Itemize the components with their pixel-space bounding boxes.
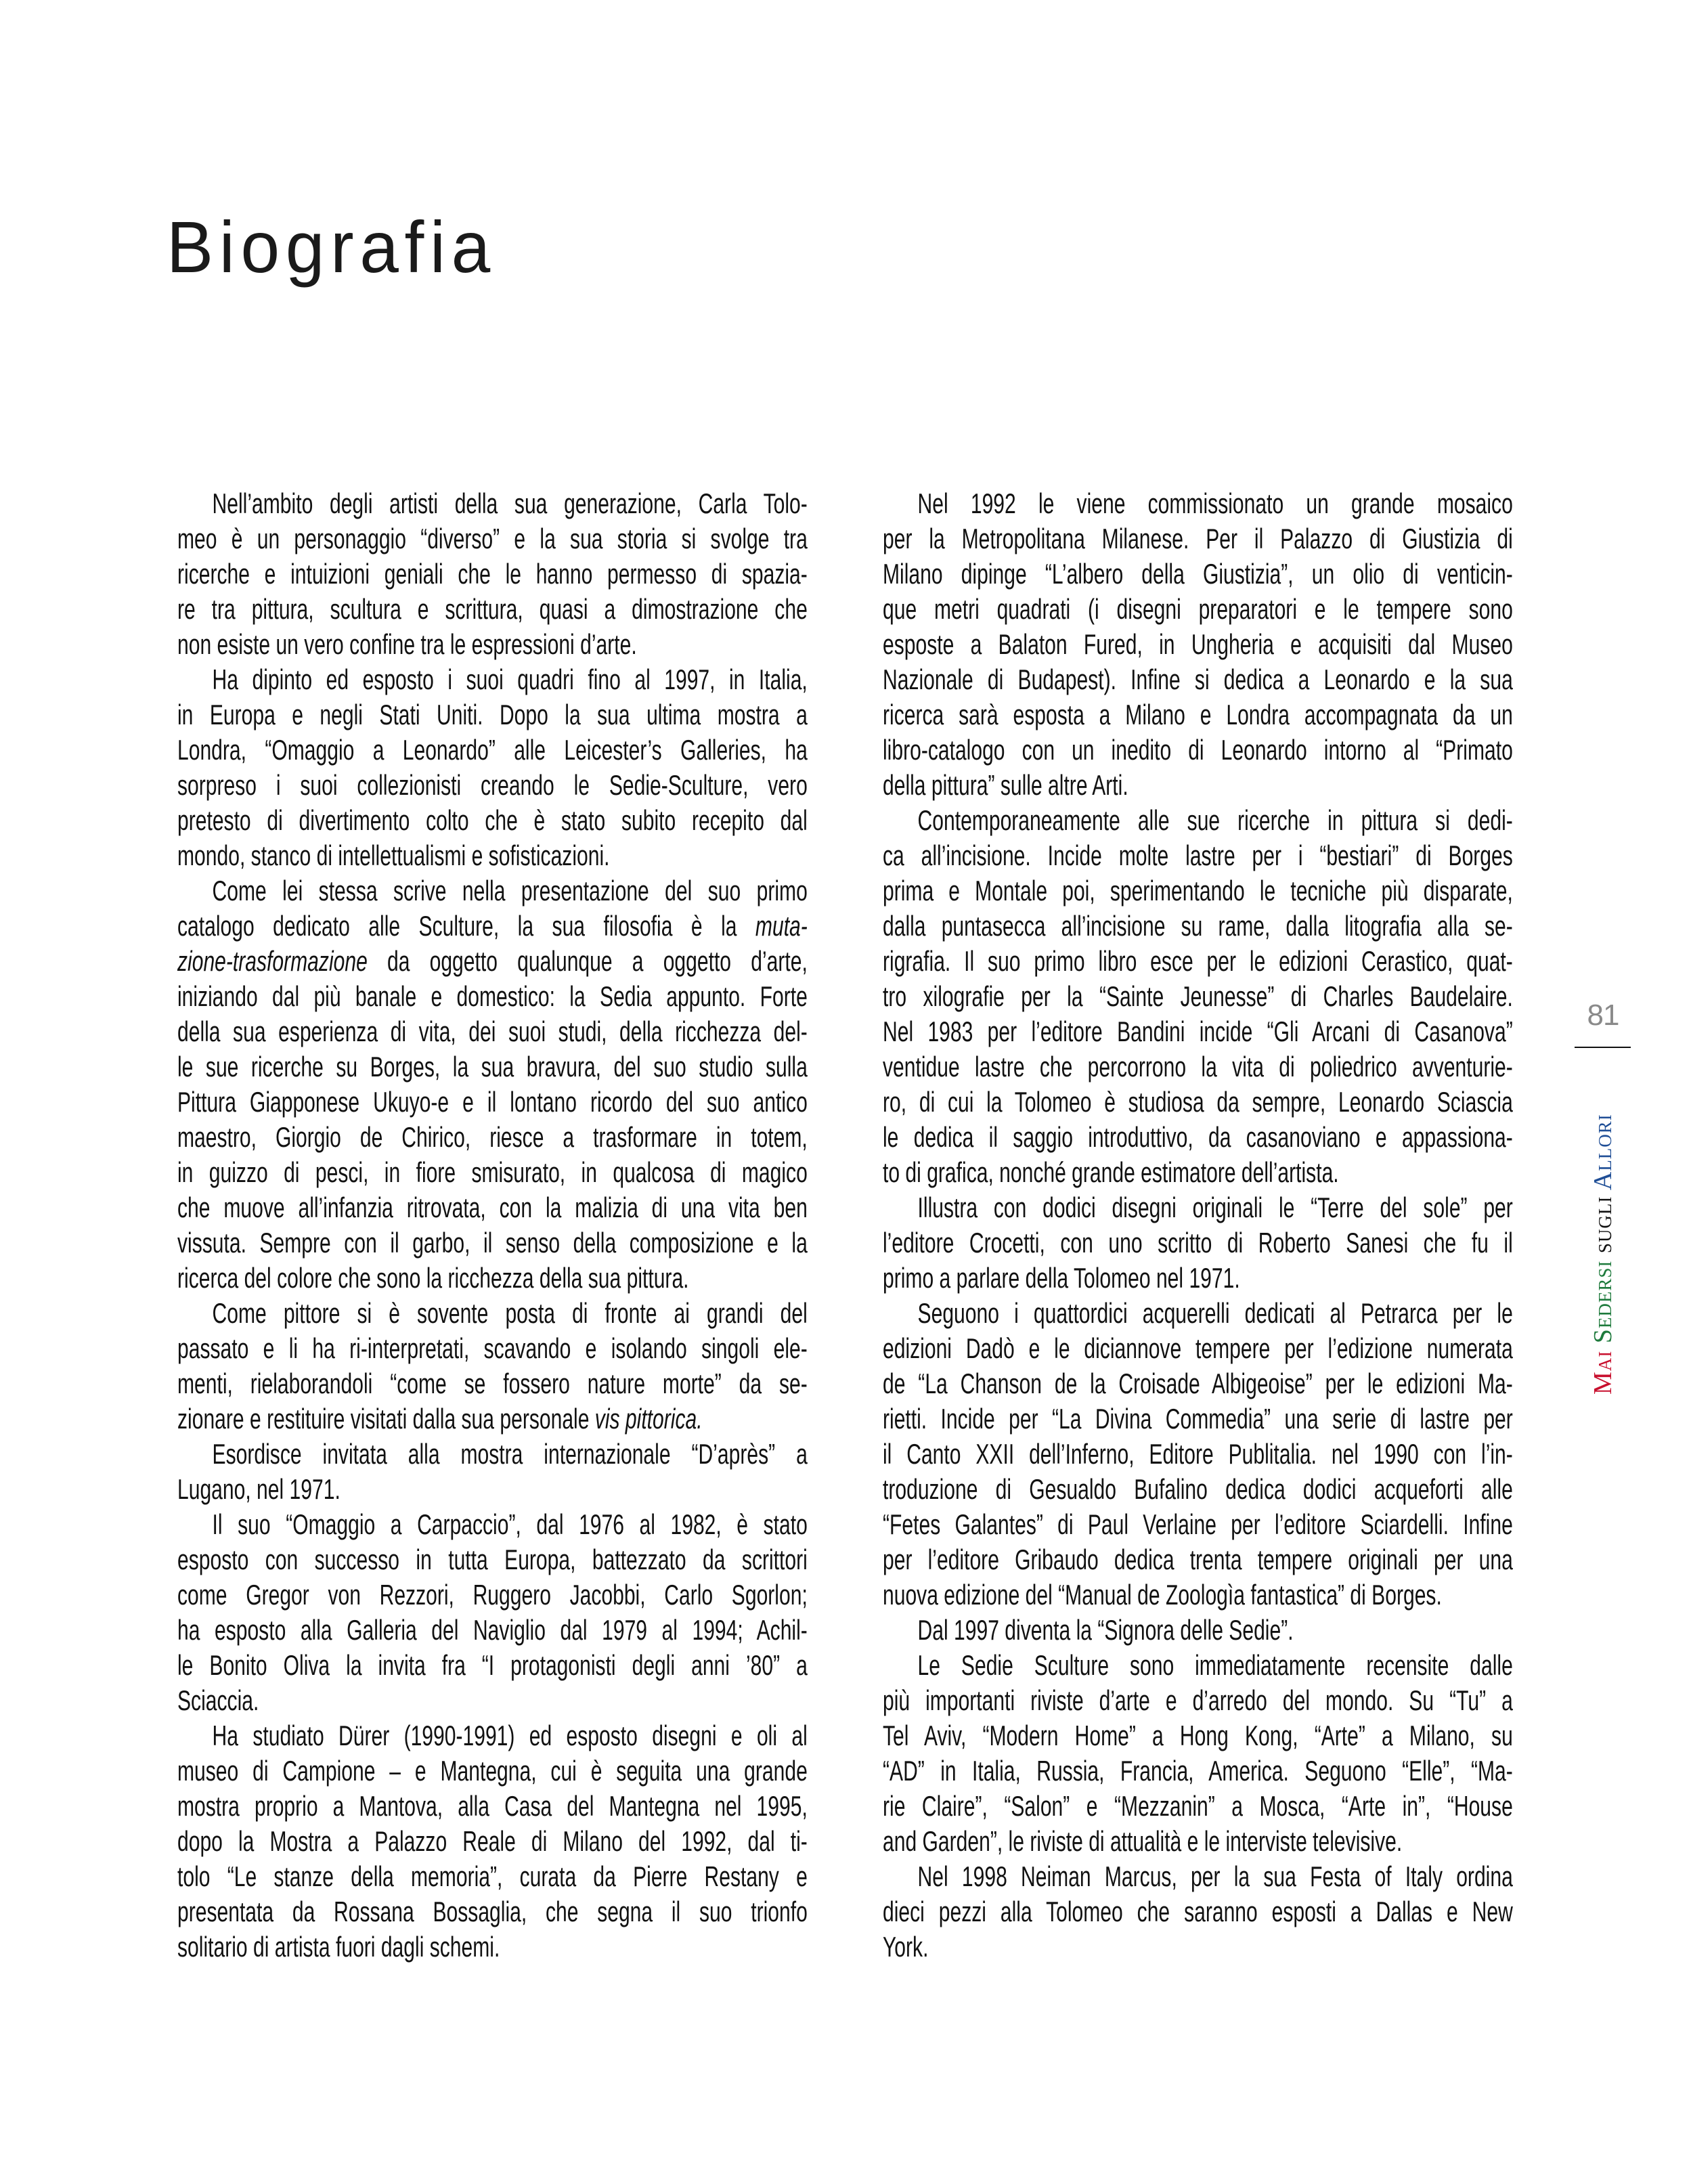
text-line: solitario di artista fuori dagli schemi. (177, 1929, 808, 1965)
page-title: Biografia (167, 203, 496, 291)
text-line: edizioni Dadò e le diciannove tempere pe… (883, 1331, 1513, 1366)
text-line: passato e li ha ri-interpretati, scavand… (177, 1331, 808, 1366)
text-line: Pittura Giapponese Ukuyo-e e il lontano … (177, 1085, 808, 1120)
text-line: York. (883, 1929, 1513, 1965)
text-line: esposto con successo in tutta Europa, ba… (177, 1542, 808, 1577)
paragraph: Ha dipinto ed esposto i suoi quadri fino… (177, 662, 808, 873)
text-line: “AD” in Italia, Russia, Francia, America… (883, 1753, 1513, 1789)
text-line: presentata da Rossana Bossaglia, che seg… (177, 1894, 808, 1929)
paragraph: Le Sedie Sculture sono immediatamente re… (883, 1648, 1513, 1859)
text-line: ricerca del colore che sono la ricchezza… (177, 1261, 808, 1296)
text-line: rietti. Incide per “La Divina Commedia” … (883, 1401, 1513, 1437)
text-line: Come pittore si è sovente posta di front… (177, 1296, 808, 1331)
text-line: Ha studiato Dürer (1990-1991) ed esposto… (177, 1718, 808, 1753)
text-line: Sciaccia. (177, 1683, 808, 1718)
paragraph: Nel 1998 Neiman Marcus, per la sua Festa… (883, 1859, 1513, 1965)
text-line: zione-trasformazione da oggetto qualunqu… (177, 944, 808, 979)
text-line: Nel 1992 le viene commissionato un grand… (883, 486, 1513, 521)
paragraph: Il suo “Omaggio a Carpaccio”, dal 1976 a… (177, 1507, 808, 1718)
paragraph: Dal 1997 diventa la “Signora delle Sedie… (883, 1613, 1513, 1648)
paragraph: Come lei stessa scrive nella presentazio… (177, 873, 808, 1296)
text-line: pretesto di divertimento colto che è sta… (177, 803, 808, 838)
text-line: museo di Campione – e Mantegna, cui è se… (177, 1753, 808, 1789)
text-line: dopo la Mostra a Palazzo Reale di Milano… (177, 1824, 808, 1859)
text-line: Dal 1997 diventa la “Signora delle Sedie… (883, 1613, 1513, 1648)
text-line: and Garden”, le riviste di attualità e l… (883, 1824, 1513, 1859)
text-line: mondo, stanco di intellettualismi e sofi… (177, 838, 808, 873)
paragraph: Nell’ambito degli artisti della sua gene… (177, 486, 808, 662)
text-line: tolo “Le stanze della memoria”, curata d… (177, 1859, 808, 1894)
text-line: meo è un personaggio “diverso” e la sua … (177, 521, 808, 556)
text-line: mostra proprio a Mantova, alla Casa del … (177, 1789, 808, 1824)
text-line: per la Metropolitana Milanese. Per il Pa… (883, 521, 1513, 556)
text-line: Esordisce invitata alla mostra internazi… (177, 1437, 808, 1472)
series-word-mai: Mai (1589, 1351, 1617, 1395)
series-word-sugli: sugli (1589, 1196, 1617, 1254)
text-line: per l’editore Gribaudo dedica trenta tem… (883, 1542, 1513, 1577)
paragraph: Esordisce invitata alla mostra internazi… (177, 1437, 808, 1507)
text-line: rigrafia. Il suo primo libro esce per le… (883, 944, 1513, 979)
italic-term: zione-trasformazione (177, 945, 368, 977)
text-line: le sue ricerche su Borges, la sua bravur… (177, 1049, 808, 1085)
text-line: le dedica il saggio introduttivo, da cas… (883, 1120, 1513, 1155)
series-word-sedersi: Sedersi (1589, 1261, 1617, 1344)
text-line: Illustra con dodici disegni originali le… (883, 1190, 1513, 1225)
divider-rule (1575, 1047, 1631, 1048)
right-text-column: Nel 1992 le viene commissionato un grand… (883, 486, 1513, 1965)
text-line: le Bonito Oliva la invita fra “I protago… (177, 1648, 808, 1683)
text-line: Nel 1983 per l’editore Bandini incide “G… (883, 1014, 1513, 1049)
text-line: de “La Chanson de la Croisade Albigeoise… (883, 1366, 1513, 1401)
text-line: Milano dipinge “L’albero della Giustizia… (883, 556, 1513, 592)
text-line: Nazionale di Budapest). Infine si dedica… (883, 662, 1513, 697)
text-line: libro-catalogo con un inedito di Leonard… (883, 733, 1513, 768)
text-line: della sua esperienza di vita, dei suoi s… (177, 1014, 808, 1049)
text-line: Londra, “Omaggio a Leonardo” alle Leices… (177, 733, 808, 768)
text-line: tro xilografie per la “Sainte Jeunesse” … (883, 979, 1513, 1014)
text-line: troduzione di Gesualdo Bufalino dedica d… (883, 1472, 1513, 1507)
text-line: come Gregor von Rezzori, Ruggero Jacobbi… (177, 1577, 808, 1613)
text-line: Il suo “Omaggio a Carpaccio”, dal 1976 a… (177, 1507, 808, 1542)
text-line: zionare e restituire visitati dalla sua … (177, 1401, 808, 1437)
text-line: menti, rielaborandoli “come se fossero n… (177, 1366, 808, 1401)
text-line: esposte a Balaton Fured, in Ungheria e a… (883, 627, 1513, 662)
series-word-allori: Allori (1589, 1114, 1617, 1190)
text-line: vissuta. Sempre con il garbo, il senso d… (177, 1225, 808, 1261)
left-text-column: Nell’ambito degli artisti della sua gene… (177, 486, 808, 1965)
text-line: in Europa e negli Stati Uniti. Dopo la s… (177, 697, 808, 733)
text-line: Ha dipinto ed esposto i suoi quadri fino… (177, 662, 808, 697)
text-line: Contemporaneamente alle sue ricerche in … (883, 803, 1513, 838)
text-line: dieci pezzi alla Tolomeo che saranno esp… (883, 1894, 1513, 1929)
book-page: Biografia Nell’ambito degli artisti dell… (0, 0, 1691, 2184)
text-line: Lugano, nel 1971. (177, 1472, 808, 1507)
text-line: il Canto XXII dell’Inferno, Editore Publ… (883, 1437, 1513, 1472)
italic-term: vis pittorica. (595, 1403, 703, 1435)
text-line: Seguono i quattordici acquerelli dedicat… (883, 1296, 1513, 1331)
text-line: nuova edizione del “Manual de Zoologìa f… (883, 1577, 1513, 1613)
text-line: in guizzo di pesci, in fiore smisurato, … (177, 1155, 808, 1190)
text-line: dalla puntasecca all’incisione su rame, … (883, 909, 1513, 944)
text-line: rie Claire”, “Salon” e “Mezzanin” a Mosc… (883, 1789, 1513, 1824)
text-line: l’editore Crocetti, con uno scritto di R… (883, 1225, 1513, 1261)
text-line: ca all’incisione. Incide molte lastre pe… (883, 838, 1513, 873)
paragraph: Seguono i quattordici acquerelli dedicat… (883, 1296, 1513, 1613)
text-line: sorpreso i suoi collezionisti creando le… (177, 768, 808, 803)
paragraph: Illustra con dodici disegni originali le… (883, 1190, 1513, 1296)
text-line: maestro, Giorgio de Chirico, riesce a tr… (177, 1120, 808, 1155)
paragraph: Ha studiato Dürer (1990-1991) ed esposto… (177, 1718, 808, 1965)
paragraph: Contemporaneamente alle sue ricerche in … (883, 803, 1513, 1190)
text-line: iniziando dal più banale e domestico: la… (177, 979, 808, 1014)
text-line: Le Sedie Sculture sono immediatamente re… (883, 1648, 1513, 1683)
text-line: primo a parlare della Tolomeo nel 1971. (883, 1261, 1513, 1296)
paragraph: Nel 1992 le viene commissionato un grand… (883, 486, 1513, 803)
text-line: ricerca sarà esposta a Milano e Londra a… (883, 697, 1513, 733)
text-line: Nel 1998 Neiman Marcus, per la sua Festa… (883, 1859, 1513, 1894)
text-line: ventidue lastre che percorrono la vita d… (883, 1049, 1513, 1085)
text-line: to di grafica, nonché grande estimatore … (883, 1155, 1513, 1190)
text-line: non esiste un vero confine tra le espres… (177, 627, 808, 662)
text-line: re tra pittura, scultura e scrittura, qu… (177, 592, 808, 627)
page-number: 81 (1569, 999, 1637, 1032)
text-line: ricerche e intuizioni geniali che le han… (177, 556, 808, 592)
text-line: Come lei stessa scrive nella presentazio… (177, 873, 808, 909)
text-line: che muove all’infanzia ritrovata, con la… (177, 1190, 808, 1225)
running-header: 81 Mai Sedersi sugli Allori (1569, 995, 1637, 1415)
paragraph: Come pittore si è sovente posta di front… (177, 1296, 808, 1437)
italic-term: muta- (755, 910, 808, 942)
text-line: della pittura” sulle altre Arti. (883, 768, 1513, 803)
text-line: “Fetes Galantes” di Paul Verlaine per l’… (883, 1507, 1513, 1542)
text-line: più importanti riviste d’arte e d’arredo… (883, 1683, 1513, 1718)
text-line: ro, di cui la Tolomeo è studiosa da semp… (883, 1085, 1513, 1120)
text-line: catalogo dedicato alle Sculture, la sua … (177, 909, 808, 944)
text-line: Tel Aviv, “Modern Home” a Hong Kong, “Ar… (883, 1718, 1513, 1753)
book-series-title: Mai Sedersi sugli Allori (1591, 1063, 1615, 1395)
text-line: ha esposto alla Galleria del Naviglio da… (177, 1613, 808, 1648)
text-line: que metri quadrati (i disegni preparator… (883, 592, 1513, 627)
text-line: Nell’ambito degli artisti della sua gene… (177, 486, 808, 521)
text-line: prima e Montale poi, sperimentando le te… (883, 873, 1513, 909)
